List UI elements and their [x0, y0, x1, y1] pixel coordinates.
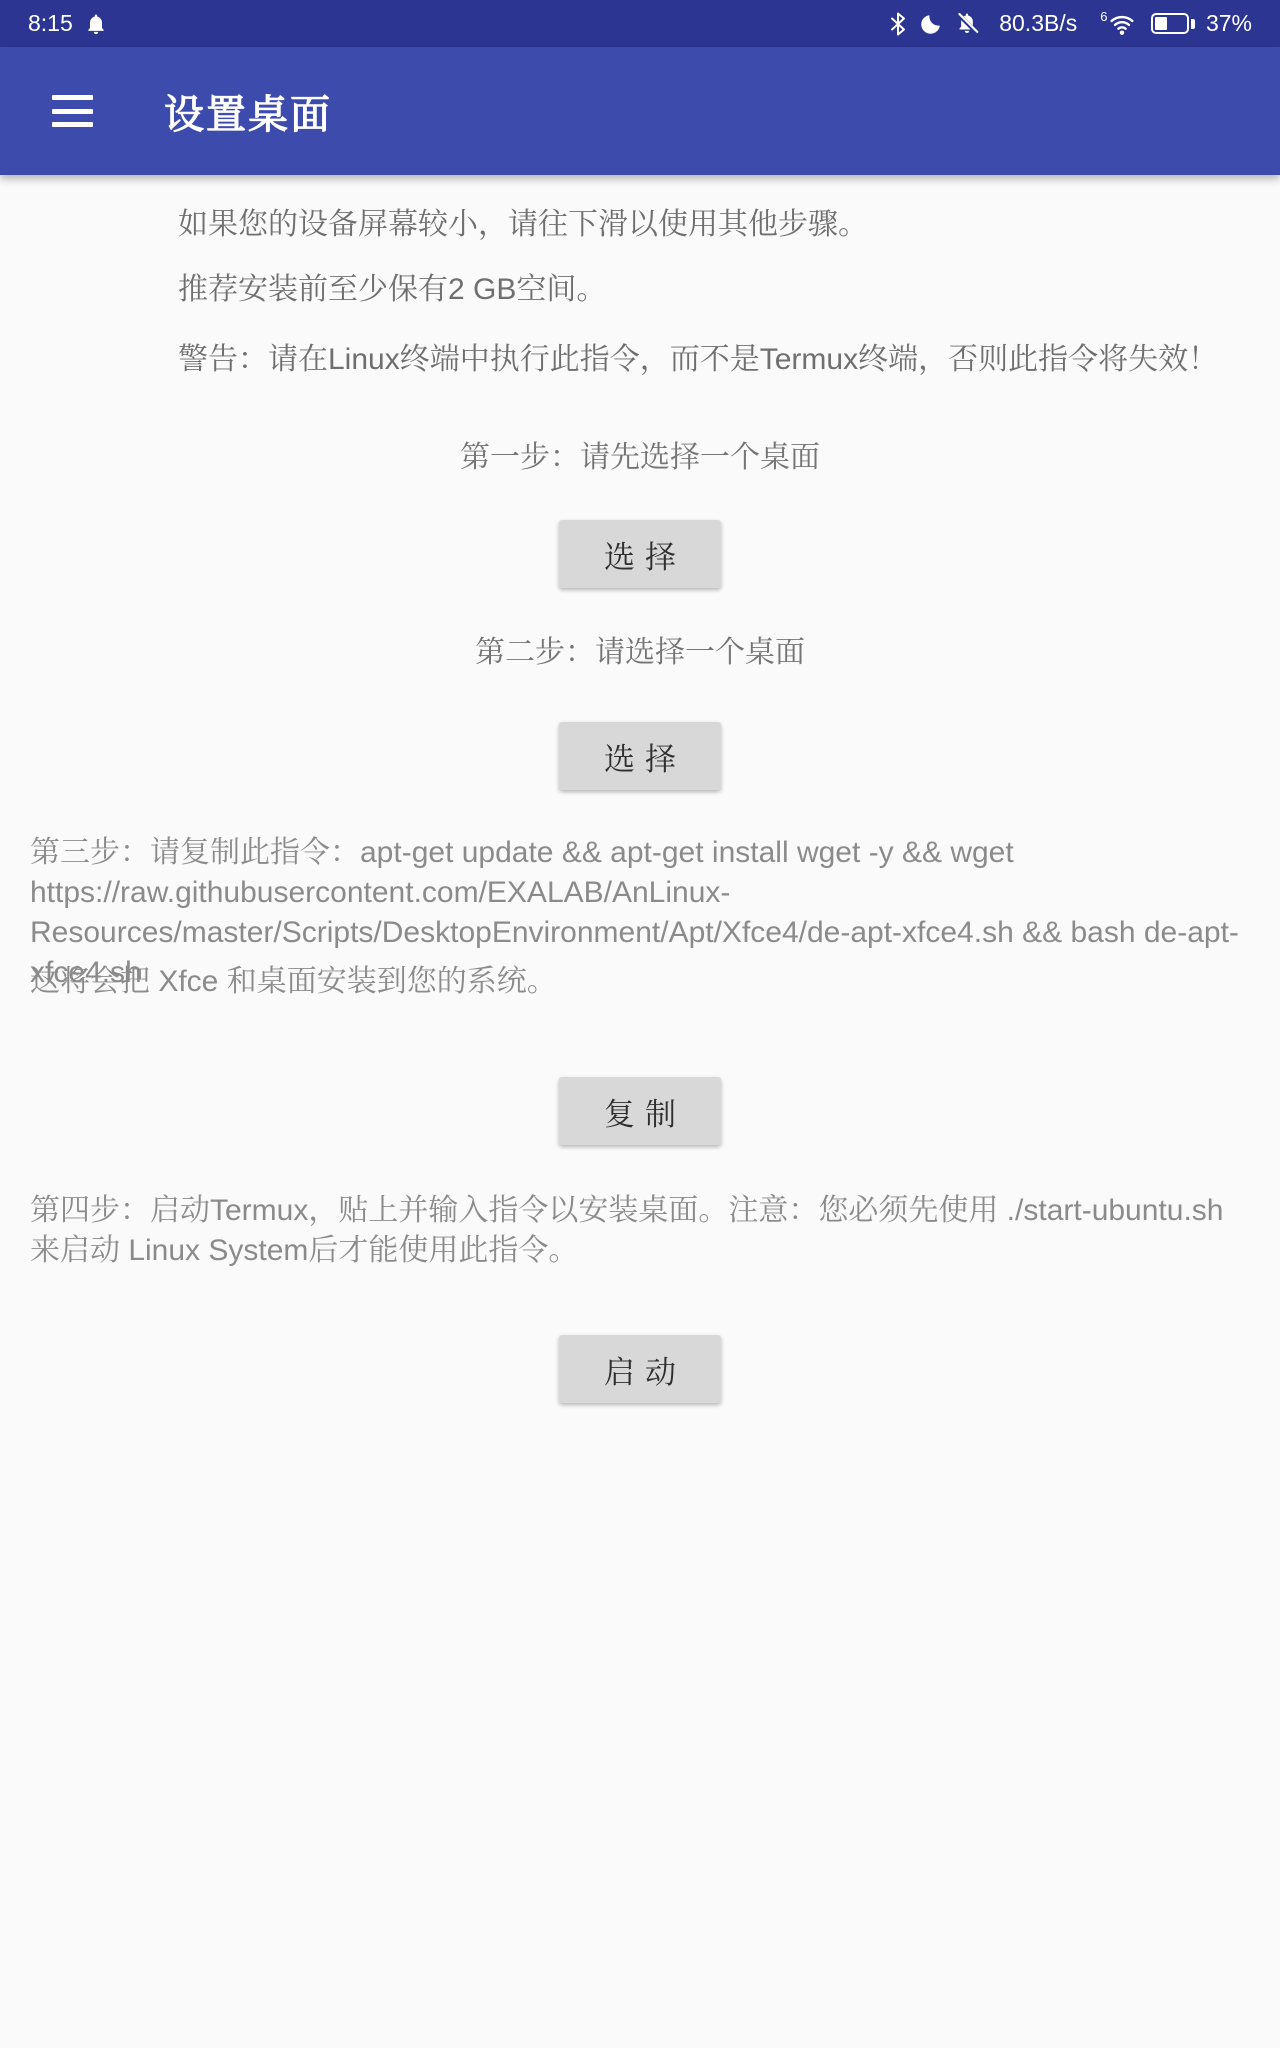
page-title: 设置桌面	[164, 83, 332, 140]
hint-disk-space: 推荐安装前至少保有2 GB空间。	[178, 269, 1248, 311]
network-speed: 80.3B/s	[999, 10, 1077, 37]
wifi-icon: 6	[1100, 12, 1136, 36]
step2-label: 第二步：请选择一个桌面	[0, 632, 1280, 674]
screen: 8:15	[0, 0, 1280, 2048]
menu-icon[interactable]	[52, 95, 93, 127]
step4-launch-button[interactable]: 启动	[559, 1335, 721, 1403]
warning-text: 警告：请在Linux终端中执行此指令，而不是Termux终端，否则此指令将失效！	[178, 339, 1248, 381]
step3-note: 这将会把 Xfce 和桌面安装到您的系统。	[30, 962, 1256, 1002]
status-bar-right: 80.3B/s 6 37%	[888, 10, 1252, 37]
battery-percent: 37%	[1206, 10, 1252, 37]
bluetooth-icon	[888, 11, 908, 37]
wifi-standard-label: 6	[1100, 10, 1107, 23]
status-bar-left: 8:15	[28, 10, 108, 37]
battery-icon	[1151, 13, 1195, 34]
step3-copy-button[interactable]: 复制	[559, 1077, 721, 1145]
step1-label: 第一步：请先选择一个桌面	[0, 437, 1280, 479]
app-bar: 设置桌面	[0, 47, 1280, 175]
step2-choose-button[interactable]: 选择	[559, 722, 721, 790]
step4-instructions: 第四步：启动Termux，贴上并输入指令以安装桌面。注意：您必须先使用 ./st…	[30, 1191, 1256, 1271]
step1-choose-button[interactable]: 选择	[559, 520, 721, 588]
hint-small-screen: 如果您的设备屏幕较小，请往下滑以使用其他步骤。	[178, 204, 1248, 246]
status-bar: 8:15	[0, 0, 1280, 47]
do-not-disturb-moon-icon	[919, 12, 943, 36]
status-time: 8:15	[28, 10, 73, 37]
notification-bell-icon	[84, 12, 108, 36]
battery-fill	[1155, 17, 1166, 30]
notifications-muted-bell-icon	[954, 11, 980, 37]
